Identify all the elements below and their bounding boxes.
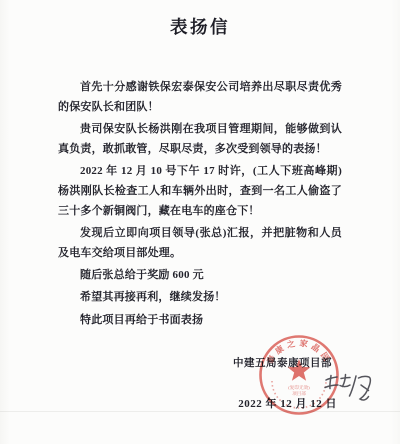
seal-inner-text-2: 项目部 xyxy=(292,390,306,397)
letter-page: 表扬信 首先十分感谢铁保宏泰保安公司培养出尽职尽责优秀的保安队长和团队！ 贵司保… xyxy=(0,0,400,444)
seal-inner-text: (复印无效) xyxy=(288,384,310,391)
letter-title: 表扬信 xyxy=(0,14,400,39)
letter-body: 首先十分感谢铁保宏泰保安公司培养出尽职尽责优秀的保安队长和团队！ 贵司保安队长杨… xyxy=(58,78,342,333)
handwritten-signature xyxy=(320,370,376,408)
paragraph-praise: 贵司保安队长杨洪刚在我项目管理期间，能够做到认真负责，敢抓敢管，尽职尽责，多次受… xyxy=(58,120,342,160)
paragraph-incident: 2022 年 12 月 10 号下午 17 时许，(工人下班高峰期)杨洪刚队长检… xyxy=(58,162,342,221)
paragraph-conclusion: 特此项目再给于书面表扬 xyxy=(58,311,342,331)
star-icon xyxy=(288,359,311,381)
paragraph-hope: 希望其再接再利，继续发扬！ xyxy=(58,288,342,308)
paragraph-report: 发现后立即向项目领导(张总)汇报，并把脏物和人员及电车交给项目部处理。 xyxy=(58,224,342,264)
paragraph-reward: 随后张总给于奖励 600 元 xyxy=(58,266,342,286)
paragraph-thanks: 首先十分感谢铁保宏泰保安公司培养出尽职尽责优秀的保安队长和团队！ xyxy=(58,78,342,118)
